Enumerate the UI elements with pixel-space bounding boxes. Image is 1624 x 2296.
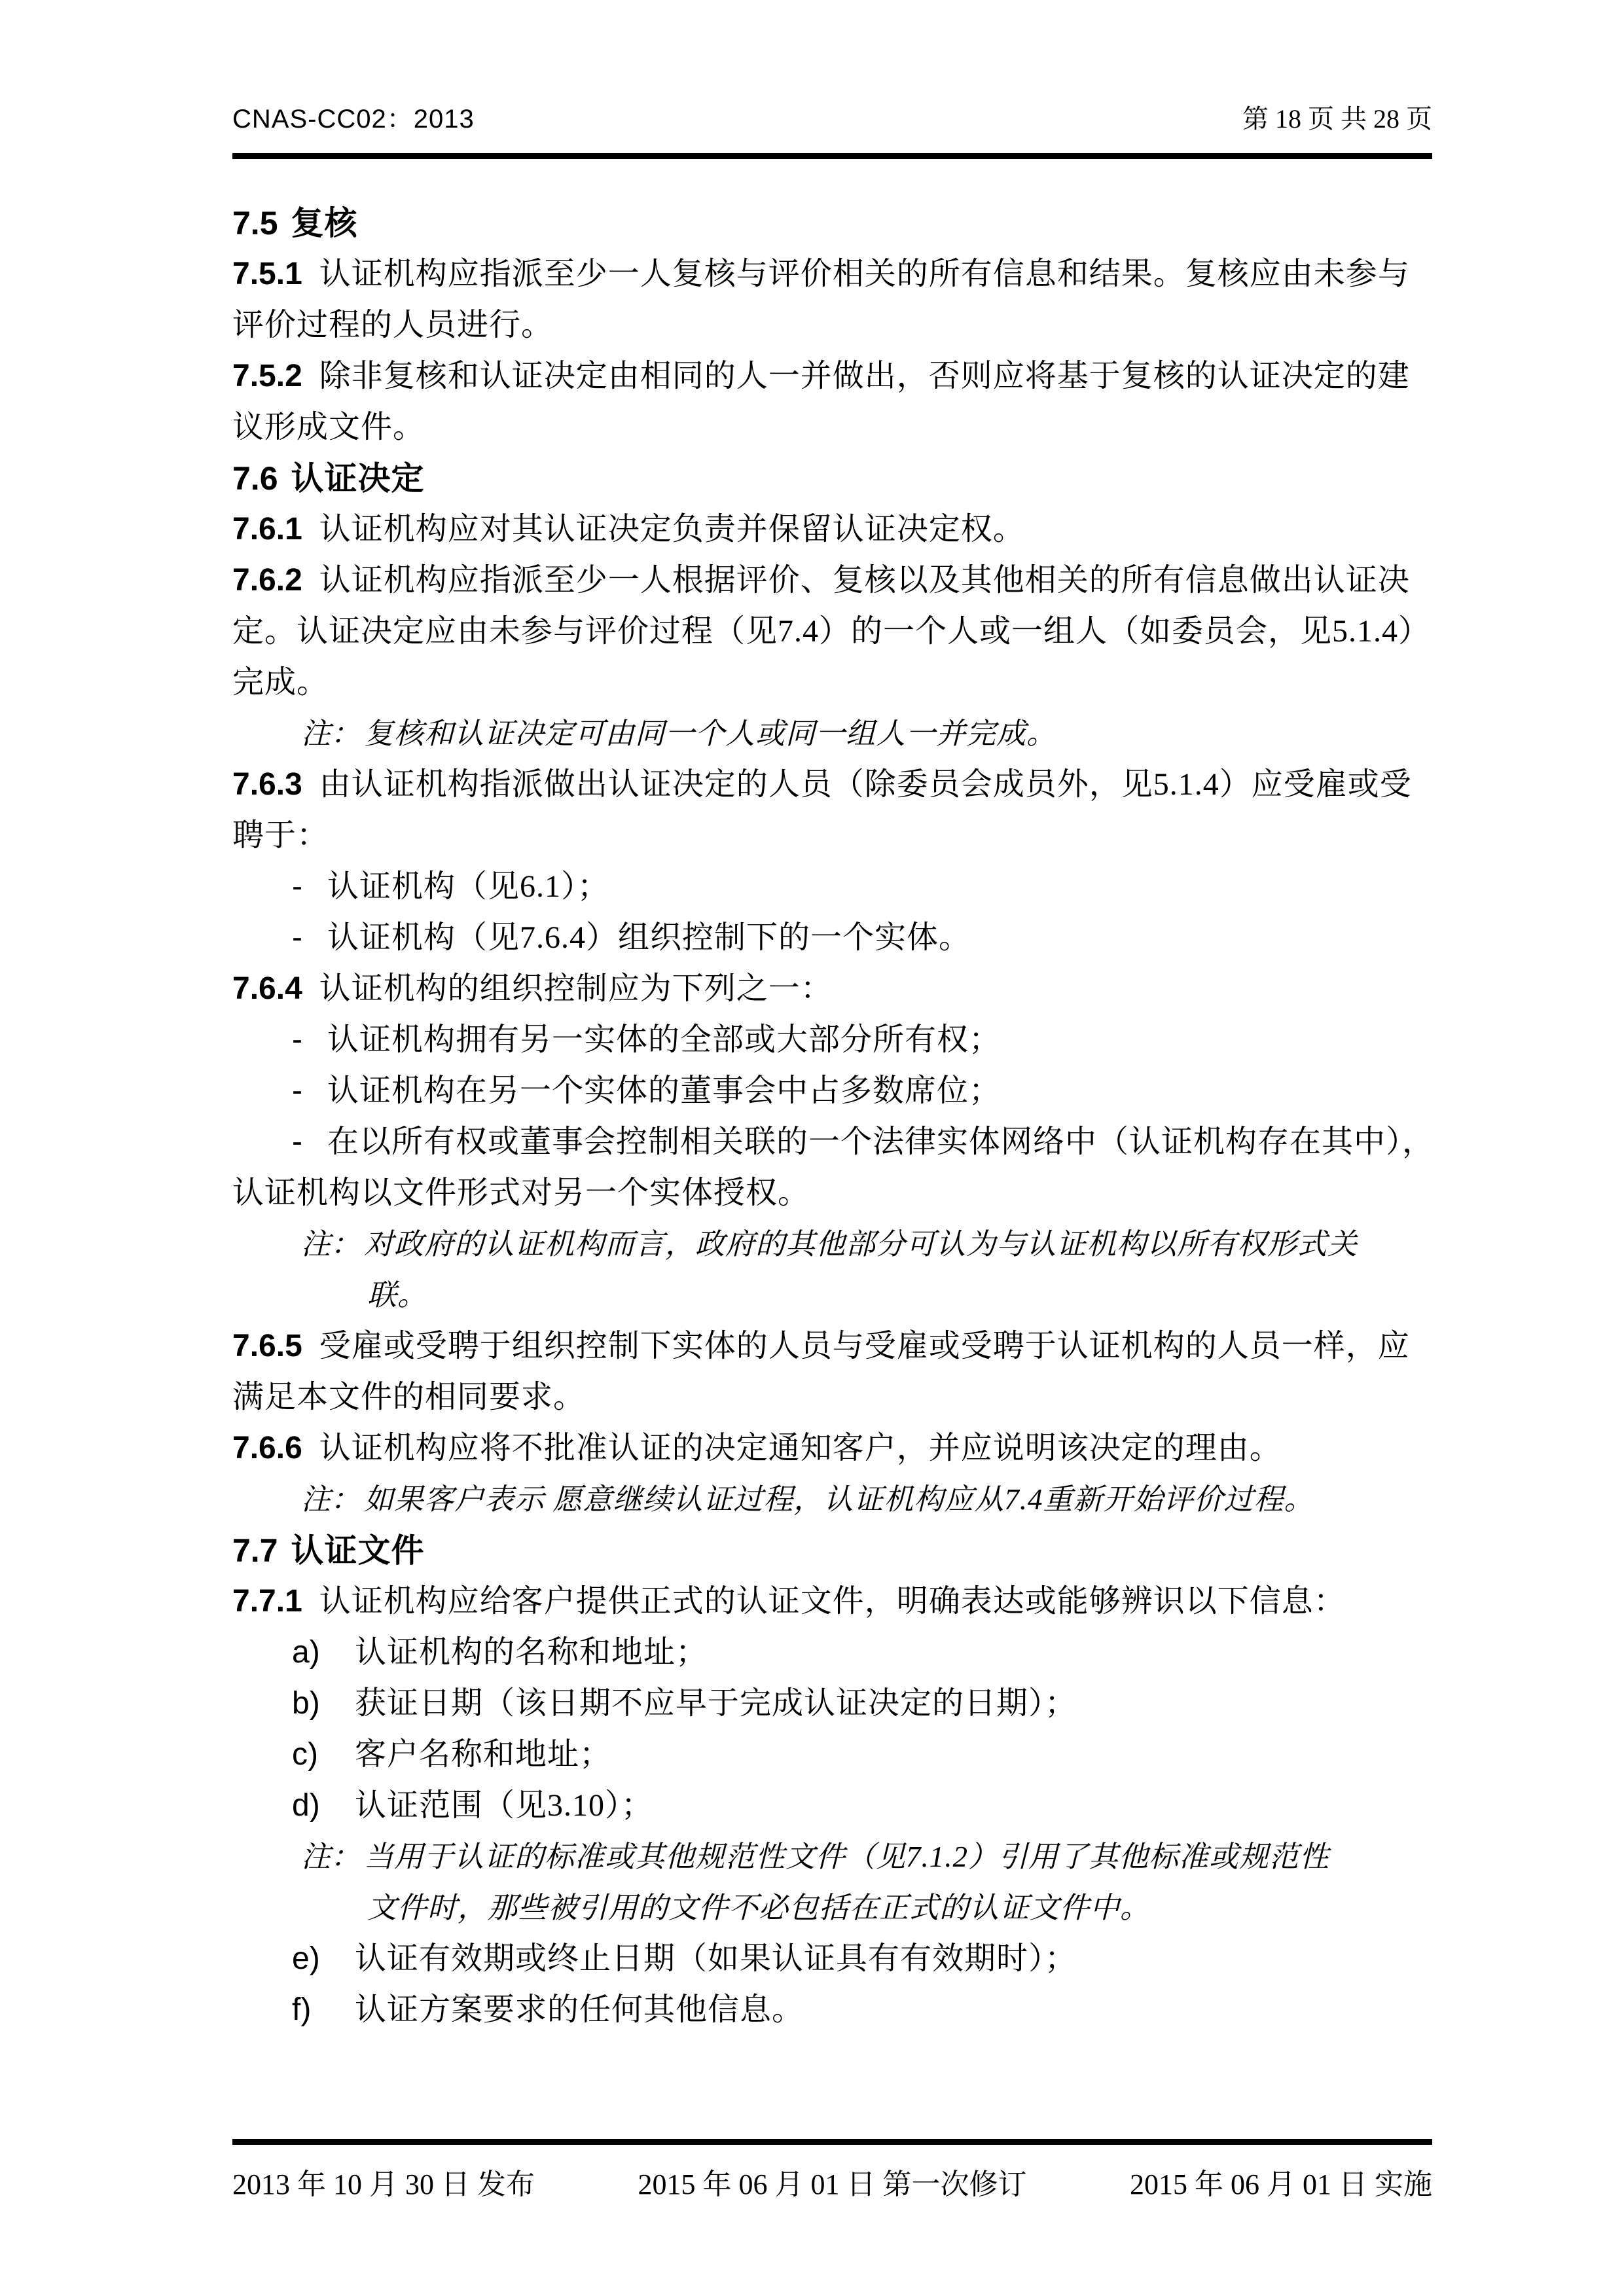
page-number: 第 18 页 共 28 页 [1242, 102, 1432, 136]
line-text: 文件时，那些被引用的文件不必包括在正式的认证文件中。 [367, 1892, 1150, 1924]
clause-number: 7.6 [232, 460, 278, 497]
document-line-7.6.5: 7.6.5受雇或受聘于组织控制下实体的人员与受雇或受聘于认证机构的人员一样，应 [232, 1321, 1443, 1372]
line-text: 当用于认证的标准或其他规范性文件（见7.1.2）引用了其他标准或规范性 [364, 1840, 1329, 1873]
header-rule [232, 153, 1432, 159]
document-line-note: 注：对政府的认证机构而言，政府的其他部分可认为与认证机构以所有权形式关 [232, 1219, 1443, 1270]
line-text: 对政府的认证机构而言，政府的其他部分可认为与认证机构以所有权形式关 [364, 1228, 1358, 1261]
document-line-7.6.4: 7.6.4认证机构的组织控制应为下列之一： [232, 963, 1443, 1014]
document-line-note: 注：如果客户表示 愿意继续认证过程，认证机构应从7.4重新开始评价过程。 [232, 1474, 1443, 1525]
clause-number: 7.5 [232, 205, 278, 242]
line-text: 评价过程的人员进行。 [232, 308, 553, 342]
line-text: 完成。 [232, 665, 329, 700]
document-line-7.5: 7.5复核 [232, 198, 1443, 249]
list-marker: e) [292, 1933, 355, 1984]
note-label: 注： [301, 1228, 360, 1261]
line-text: 复核 [291, 205, 358, 242]
line-text: 认证机构（见7.6.4）组织控制下的一个实体。 [327, 920, 971, 955]
document-line-d): d)认证范围（见3.10）； [232, 1780, 1443, 1831]
line-text: 聘于： [232, 818, 329, 853]
clause-number: 7.7 [232, 1532, 278, 1569]
note-label: 注： [301, 1840, 360, 1873]
document-line-7.6.1: 7.6.1认证机构应对其认证决定负责并保留认证决定权。 [232, 504, 1443, 555]
document-line-f): f)认证方案要求的任何其他信息。 [232, 1984, 1443, 2036]
line-text: 认证有效期或终止日期（如果认证具有有效期时）； [355, 1941, 1077, 1976]
line-text: 认证机构拥有另一实体的全部或大部分所有权； [327, 1022, 1001, 1057]
page-footer: 2013 年 10 月 30 日 发布 2015 年 06 月 01 日 第一次… [232, 2165, 1432, 2204]
document-line--: -认证机构在另一个实体的董事会中占多数席位； [232, 1066, 1443, 1117]
line-text: 认证文件 [291, 1532, 425, 1569]
line-text: 获证日期（该日期不应早于完成认证决定的日期）； [355, 1686, 1077, 1721]
line-text: 由认证机构指派做出认证决定的人员（除委员会成员外，见5.1.4）应受雇或受 [319, 767, 1412, 802]
document-line--: -认证机构拥有另一实体的全部或大部分所有权； [232, 1014, 1443, 1066]
line-text: 客户名称和地址； [355, 1737, 611, 1772]
document-line-cont: 满足本文件的相同要求。 [232, 1372, 1443, 1423]
document-line-7.5.1: 7.5.1认证机构应指派至少一人复核与评价相关的所有信息和结果。复核应由未参与 [232, 249, 1443, 300]
document-page: CNAS-CC02：2013 第 18 页 共 28 页 7.5复核7.5.1认… [0, 0, 1624, 2296]
list-marker: - [292, 1014, 327, 1066]
list-marker: - [292, 1117, 327, 1168]
footer-implementation-date: 2015 年 06 月 01 日 实施 [1130, 2165, 1432, 2204]
line-text: 认证机构在另一个实体的董事会中占多数席位； [327, 1073, 1001, 1108]
document-line-b): b)获证日期（该日期不应早于完成认证决定的日期）； [232, 1678, 1443, 1729]
line-text: 认证机构应对其认证决定负责并保留认证决定权。 [319, 512, 1025, 547]
line-text: 受雇或受聘于组织控制下实体的人员与受雇或受聘于认证机构的人员一样，应 [319, 1329, 1410, 1363]
clause-number: 7.6.2 [232, 563, 302, 598]
document-line-7.5.2: 7.5.2除非复核和认证决定由相同的人一并做出，否则应将基于复核的认证决定的建 [232, 351, 1443, 402]
line-text: 认证方案要求的任何其他信息。 [355, 1992, 804, 2027]
document-line-7.6.2: 7.6.2认证机构应指派至少一人根据评价、复核以及其他相关的所有信息做出认证决 [232, 555, 1443, 606]
footer-rule [232, 2139, 1432, 2145]
line-text: 复核和认证决定可由同一个人或同一组人一并完成。 [364, 717, 1056, 750]
line-text: 认证机构应将不批准认证的决定通知客户，并应说明该决定的理由。 [319, 1431, 1282, 1465]
note-label: 注： [301, 1483, 360, 1516]
document-line-cont: 认证机构以文件形式对另一个实体授权。 [232, 1168, 1443, 1219]
document-line-cont: 评价过程的人员进行。 [232, 300, 1443, 351]
footer-issue-date: 2013 年 10 月 30 日 发布 [232, 2165, 535, 2204]
document-line-note: 注：复核和认证决定可由同一个人或同一组人一并完成。 [232, 708, 1443, 759]
document-line--: -认证机构（见6.1）； [232, 861, 1443, 912]
line-text: 在以所有权或董事会控制相关联的一个法律实体网络中（认证机构存在其中）， [327, 1124, 1434, 1159]
clause-number: 7.6.6 [232, 1431, 302, 1465]
document-line-a): a)认证机构的名称和地址； [232, 1627, 1443, 1678]
document-line-7.7: 7.7认证文件 [232, 1525, 1443, 1576]
line-text: 认证决定 [291, 460, 425, 497]
document-line-7.7.1: 7.7.1认证机构应给客户提供正式的认证文件，明确表达或能够辨识以下信息： [232, 1576, 1443, 1627]
line-text: 议形成文件。 [232, 410, 425, 444]
list-marker: - [292, 861, 327, 912]
document-code: CNAS-CC02：2013 [232, 102, 475, 136]
line-text: 定。认证决定应由未参与评价过程（见7.4）的一个人或一组人（如委员会，见5.1.… [232, 614, 1430, 649]
clause-number: 7.6.4 [232, 971, 302, 1006]
list-marker: a) [292, 1627, 355, 1678]
document-line-7.6.3: 7.6.3由认证机构指派做出认证决定的人员（除委员会成员外，见5.1.4）应受雇… [232, 759, 1443, 810]
line-text: 认证机构应指派至少一人根据评价、复核以及其他相关的所有信息做出认证决 [319, 563, 1410, 598]
document-line--: -认证机构（见7.6.4）组织控制下的一个实体。 [232, 912, 1443, 963]
list-marker: c) [292, 1729, 355, 1780]
line-text: 满足本文件的相同要求。 [232, 1380, 585, 1414]
line-text: 认证机构以文件形式对另一个实体授权。 [232, 1175, 810, 1210]
clause-number: 7.5.1 [232, 257, 302, 291]
clause-number: 7.6.3 [232, 767, 302, 802]
line-text: 认证机构（见6.1）； [327, 869, 609, 904]
document-line-note-cont: 文件时，那些被引用的文件不必包括在正式的认证文件中。 [232, 1882, 1443, 1933]
line-text: 除非复核和认证决定由相同的人一并做出，否则应将基于复核的认证决定的建 [319, 359, 1410, 393]
document-line-cont: 完成。 [232, 657, 1443, 708]
page-header: CNAS-CC02：2013 第 18 页 共 28 页 [232, 102, 1432, 136]
document-line-note: 注：当用于认证的标准或其他规范性文件（见7.1.2）引用了其他标准或规范性 [232, 1831, 1443, 1882]
list-marker: f) [292, 1984, 355, 2036]
clause-number: 7.6.1 [232, 512, 302, 547]
line-text: 联。 [367, 1279, 427, 1312]
document-content: 7.5复核7.5.1认证机构应指派至少一人复核与评价相关的所有信息和结果。复核应… [232, 198, 1443, 2036]
document-line-note-cont: 联。 [232, 1270, 1443, 1321]
document-line-c): c)客户名称和地址； [232, 1729, 1443, 1780]
clause-number: 7.6.5 [232, 1329, 302, 1363]
list-marker: b) [292, 1678, 355, 1729]
line-text: 认证机构应指派至少一人复核与评价相关的所有信息和结果。复核应由未参与 [319, 257, 1410, 291]
note-label: 注： [301, 717, 360, 750]
footer-revision-date: 2015 年 06 月 01 日 第一次修订 [638, 2165, 1027, 2204]
line-text: 如果客户表示 愿意继续认证过程，认证机构应从7.4重新开始评价过程。 [364, 1483, 1314, 1516]
line-text: 认证机构应给客户提供正式的认证文件，明确表达或能够辨识以下信息： [319, 1584, 1346, 1619]
document-line-cont: 定。认证决定应由未参与评价过程（见7.4）的一个人或一组人（如委员会，见5.1.… [232, 606, 1443, 657]
clause-number: 7.7.1 [232, 1584, 302, 1619]
list-marker: - [292, 1066, 327, 1117]
document-line--: -在以所有权或董事会控制相关联的一个法律实体网络中（认证机构存在其中）， [232, 1117, 1443, 1168]
line-text: 认证范围（见3.10）； [355, 1788, 653, 1823]
document-line-cont: 聘于： [232, 810, 1443, 861]
clause-number: 7.5.2 [232, 359, 302, 393]
document-line-e): e)认证有效期或终止日期（如果认证具有有效期时）； [232, 1933, 1443, 1984]
line-text: 认证机构的名称和地址； [355, 1635, 708, 1670]
list-marker: d) [292, 1780, 355, 1831]
document-line-cont: 议形成文件。 [232, 402, 1443, 453]
list-marker: - [292, 912, 327, 963]
line-text: 认证机构的组织控制应为下列之一： [319, 971, 833, 1006]
document-line-7.6: 7.6认证决定 [232, 453, 1443, 504]
document-line-7.6.6: 7.6.6认证机构应将不批准认证的决定通知客户，并应说明该决定的理由。 [232, 1423, 1443, 1474]
